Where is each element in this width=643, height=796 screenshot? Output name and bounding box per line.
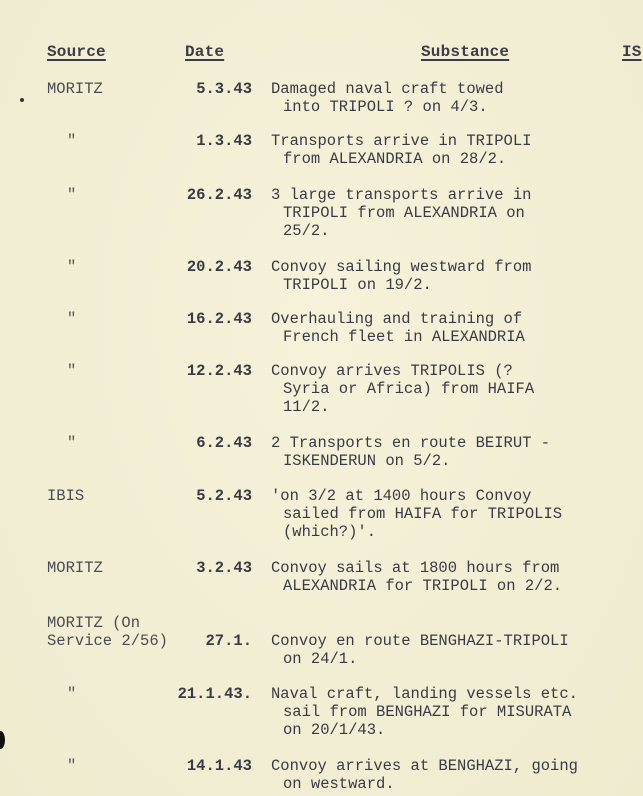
substance-line: 25/2. <box>271 222 531 240</box>
ink-blot <box>0 731 5 749</box>
substance-line: into TRIPOLI ? on 4/3. <box>271 98 504 116</box>
date-cell: 5.3.43 <box>0 80 252 98</box>
substance-cell: Damaged naval craft towedinto TRIPOLI ? … <box>271 80 504 116</box>
substance-cell: 2 Transports en route BEIRUT -ISKENDERUN… <box>271 434 550 470</box>
substance-line: on 20/1/43. <box>271 721 578 739</box>
substance-cell: Convoy en route BENGHAZI-TRIPOLIon 24/1. <box>271 632 569 668</box>
substance-cell: Convoy arrives at BENGHAZI, goingon west… <box>271 757 578 793</box>
header-substance: Substance <box>421 43 509 61</box>
substance-line: sailed from HAIFA for TRIPOLIS <box>271 505 562 523</box>
date-cell: 27.1. <box>0 632 252 650</box>
date-cell: 3.2.43 <box>0 559 252 577</box>
substance-line: Overhauling and training of <box>271 310 525 328</box>
substance-line: Convoy arrives at BENGHAZI, going <box>271 757 578 775</box>
substance-line: ALEXANDRIA for TRIPOLI on 2/2. <box>271 577 562 595</box>
header-date: Date <box>185 43 224 61</box>
date-cell: 16.2.43 <box>0 310 252 328</box>
date-cell: 1.3.43 <box>0 132 252 150</box>
substance-line: 3 large transports arrive in <box>271 186 531 204</box>
substance-cell: Convoy sails at 1800 hours fromALEXANDRI… <box>271 559 562 595</box>
substance-line: Syria or Africa) from HAIFA <box>271 380 534 398</box>
ink-speck <box>20 98 24 102</box>
substance-line: on 24/1. <box>271 650 569 668</box>
substance-line: 2 Transports en route BEIRUT - <box>271 434 550 452</box>
substance-line: Convoy sails at 1800 hours from <box>271 559 562 577</box>
substance-line: Convoy arrives TRIPOLIS (? <box>271 362 534 380</box>
substance-cell: Transports arrive in TRIPOLIfrom ALEXAND… <box>271 132 531 168</box>
substance-line: TRIPOLI from ALEXANDRIA on <box>271 204 531 222</box>
substance-line: TRIPOLI on 19/2. <box>271 276 531 294</box>
substance-cell: Convoy arrives TRIPOLIS (?Syria or Afric… <box>271 362 534 416</box>
date-cell: 20.2.43 <box>0 258 252 276</box>
substance-line: sail from BENGHAZI for MISURATA <box>271 703 578 721</box>
date-cell: 26.2.43 <box>0 186 252 204</box>
date-cell: 6.2.43 <box>0 434 252 452</box>
date-cell: 21.1.43. <box>0 685 252 703</box>
header-cut-off: IS <box>622 43 642 61</box>
document-page: Source Date Substance IS MORITZ5.3.43Dam… <box>0 0 643 796</box>
header-source: Source <box>47 43 106 61</box>
substance-line: Convoy sailing westward from <box>271 258 531 276</box>
substance-line: from ALEXANDRIA on 28/2. <box>271 150 531 168</box>
date-cell: 12.2.43 <box>0 362 252 380</box>
substance-line: Damaged naval craft towed <box>271 80 504 98</box>
substance-line: French fleet in ALEXANDRIA <box>271 328 525 346</box>
substance-line: on westward. <box>271 775 578 793</box>
substance-line: 'on 3/2 at 1400 hours Convoy <box>271 487 562 505</box>
substance-cell: Convoy sailing westward fromTRIPOLI on 1… <box>271 258 531 294</box>
substance-line: (which?)'. <box>271 523 562 541</box>
substance-line: Convoy en route BENGHAZI-TRIPOLI <box>271 632 569 650</box>
substance-cell: 'on 3/2 at 1400 hours Convoysailed from … <box>271 487 562 541</box>
substance-line: Transports arrive in TRIPOLI <box>271 132 531 150</box>
substance-cell: Naval craft, landing vessels etc.sail fr… <box>271 685 578 739</box>
date-cell: 5.2.43 <box>0 487 252 505</box>
substance-cell: 3 large transports arrive inTRIPOLI from… <box>271 186 531 240</box>
substance-line: 11/2. <box>271 398 534 416</box>
substance-cell: Overhauling and training ofFrench fleet … <box>271 310 525 346</box>
date-cell: 14.1.43 <box>0 757 252 775</box>
substance-line: ISKENDERUN on 5/2. <box>271 452 550 470</box>
substance-line: Naval craft, landing vessels etc. <box>271 685 578 703</box>
